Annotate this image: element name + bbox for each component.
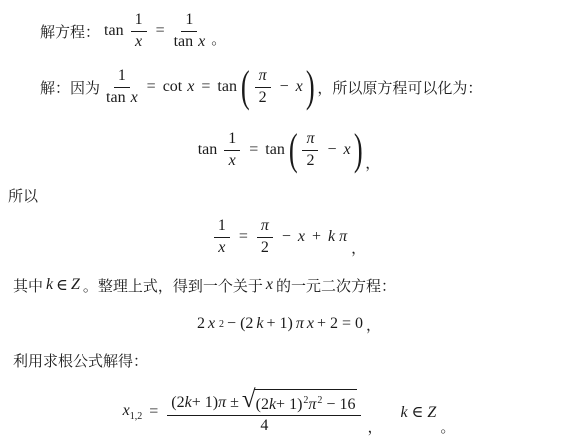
integers-set: Z bbox=[71, 276, 80, 294]
variable-k: k bbox=[256, 315, 263, 333]
pi-symbol: π bbox=[218, 394, 226, 411]
condition-line: 其中 k ∈ Z 。整理上式，得到一个关于 x 的一元二次方程： bbox=[13, 273, 396, 297]
tan-function: tan bbox=[106, 89, 126, 106]
solution-step-line: 解：因为 1 tan x = cot x = tan ( π 2 − x ) ，… bbox=[40, 60, 482, 114]
pi-symbol: π bbox=[308, 396, 316, 413]
denominator-2: 2 bbox=[261, 238, 269, 257]
right-paren: ) bbox=[354, 129, 363, 171]
left-paren: ( bbox=[289, 129, 298, 171]
right-paren: ) bbox=[306, 66, 315, 108]
solution-label: 解：因为 bbox=[40, 77, 100, 98]
equals-sign: = bbox=[201, 78, 210, 96]
variable-x: x bbox=[307, 315, 314, 333]
variable-k: k bbox=[46, 276, 53, 294]
subscript-1-2: 1,2 bbox=[130, 411, 143, 422]
variable-x: x bbox=[266, 276, 273, 294]
variable-x: x bbox=[208, 315, 215, 333]
equation-tan-equality: tan 1 x = tan ( π 2 − x ) ， bbox=[0, 122, 578, 178]
equals-sign: = bbox=[149, 403, 158, 421]
variable-k: k bbox=[400, 404, 407, 421]
fraction-1-over-x: 1 x bbox=[224, 130, 240, 170]
pi-symbol: π bbox=[339, 228, 347, 246]
minus-sign: − bbox=[282, 228, 291, 246]
exponent-2: 2 bbox=[317, 395, 322, 406]
minus-open-paren: − (2 bbox=[227, 315, 253, 333]
numerator: 1 bbox=[181, 11, 197, 31]
tan-function: tan bbox=[265, 141, 285, 159]
tan-function: tan bbox=[217, 78, 237, 96]
problem-statement-line: 解方程： tan 1 x = 1 tan x 。 bbox=[40, 8, 226, 54]
variable-k: k bbox=[269, 396, 276, 413]
quadratic-formula-text: 利用求根公式解得： bbox=[13, 350, 148, 371]
roots-fraction: (2k+ 1)π ±√(2k+ 1)2π2 − 16 4 bbox=[167, 389, 361, 435]
plus-sign: + bbox=[312, 228, 321, 246]
square-root: √(2k+ 1)2π2 − 16 bbox=[242, 389, 358, 414]
problem-label: 解方程： bbox=[40, 21, 100, 42]
left-paren: ( bbox=[241, 66, 250, 108]
variable-x: x bbox=[123, 402, 130, 419]
fraction-1-over-tanx: 1 tan x bbox=[174, 11, 206, 51]
denominator: tan x bbox=[106, 88, 138, 107]
condition-text: 其中 bbox=[13, 275, 43, 296]
numerator: 1 bbox=[224, 130, 240, 150]
fraction-1-over-x: 1 x bbox=[214, 217, 230, 257]
numerator-pi: π bbox=[255, 67, 271, 87]
comma: ， bbox=[365, 152, 380, 173]
denominator: tan x bbox=[174, 32, 206, 51]
numerator: 1 bbox=[114, 67, 130, 87]
element-of-symbol: ∈ bbox=[412, 404, 424, 421]
numerator-pi: π bbox=[302, 130, 318, 150]
equation-quadratic: 2x2 − (2k + 1)πx + 2 = 0 ， bbox=[0, 309, 578, 339]
explanation-text: 。整理上式，得到一个关于 bbox=[83, 275, 263, 296]
full-stop: 。 bbox=[211, 28, 226, 49]
denominator-2: 2 bbox=[259, 88, 267, 107]
quadratic-formula-line: 利用求根公式解得： bbox=[13, 348, 148, 372]
comma: ， bbox=[366, 314, 381, 335]
comma: ， bbox=[351, 237, 366, 258]
explanation-text-end: 的一元二次方程： bbox=[276, 275, 396, 296]
variable-x: x bbox=[296, 78, 303, 96]
plus-one-close-paren: + 1) bbox=[192, 394, 218, 411]
plus-2-equals-0: + 2 = 0 bbox=[317, 315, 363, 333]
denominator: x bbox=[135, 32, 142, 51]
denominator-2: 2 bbox=[306, 151, 314, 170]
equals-sign: = bbox=[156, 22, 165, 40]
comma: ， bbox=[367, 416, 382, 437]
variable-x: x bbox=[344, 141, 351, 159]
cot-function: cot bbox=[163, 78, 183, 96]
equals-sign: = bbox=[249, 141, 258, 159]
tan-function: tan bbox=[104, 22, 124, 40]
fraction-pi-over-2: π 2 bbox=[302, 130, 318, 170]
transition-text: ，所以原方程可以化为： bbox=[317, 77, 482, 98]
open-paren-2: (2 bbox=[256, 396, 269, 413]
numerator-pi: π bbox=[257, 217, 273, 237]
open-paren-2: (2 bbox=[171, 394, 184, 411]
fraction-1-over-tanx: 1 tan x bbox=[106, 67, 138, 107]
equation-roots: x1,2 = (2k+ 1)π ±√(2k+ 1)2π2 − 16 4 ， k … bbox=[0, 382, 578, 442]
element-of-symbol: ∈ bbox=[56, 275, 68, 295]
denominator-4: 4 bbox=[260, 416, 268, 435]
numerator: (2k+ 1)π ±√(2k+ 1)2π2 − 16 bbox=[167, 389, 361, 416]
solution-variable: x1,2 bbox=[123, 402, 143, 422]
equals-sign: = bbox=[147, 78, 156, 96]
variable-x: x bbox=[298, 228, 305, 246]
coefficient-2: 2 bbox=[197, 315, 205, 333]
full-stop: 。 bbox=[440, 416, 455, 437]
domain-condition: k ∈ Z bbox=[400, 402, 436, 422]
tan-function: tan bbox=[174, 33, 194, 50]
numerator: 1 bbox=[131, 11, 147, 31]
radicand: (2k+ 1)2π2 − 16 bbox=[254, 389, 358, 414]
therefore-line: 所以 bbox=[8, 184, 38, 206]
plus-minus-sign: ± bbox=[230, 394, 239, 411]
denominator: x bbox=[229, 151, 236, 170]
equation-reciprocal: 1 x = π 2 − x + kπ ， bbox=[0, 211, 578, 263]
plus-one-close-paren: + 1) bbox=[267, 315, 293, 333]
tan-function: tan bbox=[198, 141, 218, 159]
equals-sign: = bbox=[239, 228, 248, 246]
variable-x: x bbox=[198, 33, 205, 50]
variable-k: k bbox=[328, 228, 335, 246]
pi-symbol: π bbox=[296, 315, 304, 333]
variable-k: k bbox=[185, 394, 192, 411]
minus-16: − 16 bbox=[326, 396, 355, 413]
fraction-pi-over-2: π 2 bbox=[257, 217, 273, 257]
variable-x: x bbox=[187, 78, 194, 96]
fraction-pi-over-2: π 2 bbox=[255, 67, 271, 107]
plus-one-close-paren: + 1) bbox=[276, 396, 302, 413]
fraction-1-over-x: 1 x bbox=[131, 11, 147, 51]
denominator: x bbox=[218, 238, 225, 257]
minus-sign: − bbox=[280, 78, 289, 96]
variable-x: x bbox=[131, 89, 138, 106]
minus-sign: − bbox=[327, 141, 336, 159]
integers-set: Z bbox=[427, 404, 436, 421]
math-document: 解方程： tan 1 x = 1 tan x 。 解：因为 1 tan x = … bbox=[0, 0, 578, 446]
exponent-2: 2 bbox=[219, 319, 224, 330]
therefore-text: 所以 bbox=[8, 185, 38, 206]
numerator: 1 bbox=[214, 217, 230, 237]
